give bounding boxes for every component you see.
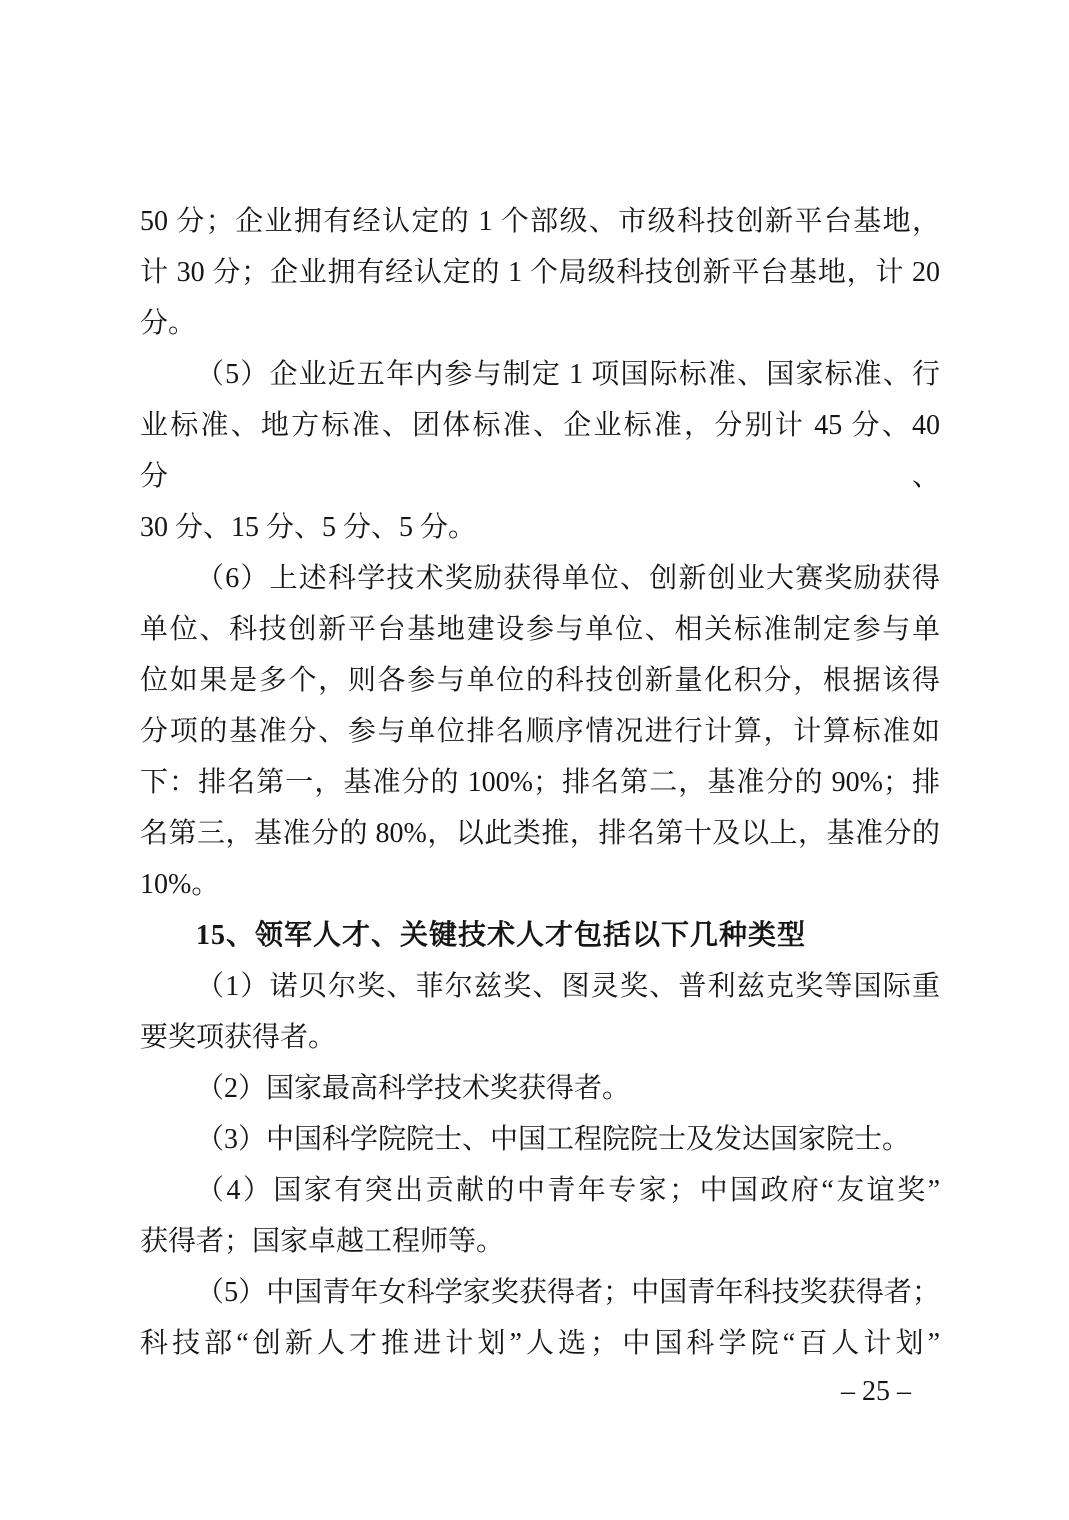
text-line: （2）国家最高科学技术奖获得者。 xyxy=(140,1063,940,1114)
text-line: （5）中国青年女科学家奖获得者；中国青年科技奖获得者； xyxy=(140,1267,940,1318)
text-line: 下：排名第一，基准分的 100%；排名第二，基准分的 90%；排 xyxy=(140,757,940,808)
heading-section-15-talent-types: 15、领军人才、关键技术人才包括以下几种类型 xyxy=(140,910,940,961)
document-page: 50 分；企业拥有经认定的 1 个部级、市级科技创新平台基地，计 30 分；企业… xyxy=(0,0,1069,1520)
paragraph-type-5-youth-awards: （5）中国青年女科学家奖获得者；中国青年科技奖获得者；科技部“创新人才推进计划”… xyxy=(140,1267,940,1369)
text-line: 业标准、地方标准、团体标准、企业标准，分别计 45 分、40 分、 xyxy=(140,400,940,502)
text-line: （5）企业近五年内参与制定 1 项国际标准、国家标准、行 xyxy=(140,349,940,400)
text-line: 位如果是多个，则各参与单位的科技创新量化积分，根据该得 xyxy=(140,655,940,706)
text-line: 计 30 分；企业拥有经认定的 1 个局级科技创新平台基地，计 20 xyxy=(140,247,940,298)
text-line: （1）诺贝尔奖、菲尔兹奖、图灵奖、普利兹克奖等国际重 xyxy=(140,961,940,1012)
text-line: 10%。 xyxy=(140,859,940,910)
paragraph-item-5-standards: （5）企业近五年内参与制定 1 项国际标准、国家标准、行业标准、地方标准、团体标… xyxy=(140,349,940,553)
paragraph-platform-scores: 50 分；企业拥有经认定的 1 个部级、市级科技创新平台基地，计 30 分；企业… xyxy=(140,196,940,349)
text-line: （3）中国科学院院士、中国工程院院士及发达国家院士。 xyxy=(140,1114,940,1165)
paragraph-item-6-ranking-rule: （6）上述科学技术奖励获得单位、创新创业大赛奖励获得单位、科技创新平台基地建设参… xyxy=(140,553,940,910)
text-line: 获得者；国家卓越工程师等。 xyxy=(140,1216,940,1267)
text-line: 分项的基准分、参与单位排名顺序情况进行计算，计算标准如 xyxy=(140,706,940,757)
text-line: （4）国家有突出贡献的中青年专家；中国政府“友谊奖” xyxy=(140,1165,940,1216)
text-line: 名第三，基准分的 80%，以此类推，排名第十及以上，基准分的 xyxy=(140,808,940,859)
document-body: 50 分；企业拥有经认定的 1 个部级、市级科技创新平台基地，计 30 分；企业… xyxy=(140,196,940,1369)
text-line: 科技部“创新人才推进计划”人选；中国科学院“百人计划” xyxy=(140,1318,940,1369)
text-line: 15、领军人才、关键技术人才包括以下几种类型 xyxy=(140,910,940,961)
text-line: 要奖项获得者。 xyxy=(140,1012,940,1063)
page-number: – 25 – xyxy=(841,1372,911,1412)
text-line: 30 分、15 分、5 分、5 分。 xyxy=(140,502,940,553)
text-line: 50 分；企业拥有经认定的 1 个部级、市级科技创新平台基地， xyxy=(140,196,940,247)
text-line: 分。 xyxy=(140,298,940,349)
text-line: （6）上述科学技术奖励获得单位、创新创业大赛奖励获得 xyxy=(140,553,940,604)
text-line: 单位、科技创新平台基地建设参与单位、相关标准制定参与单 xyxy=(140,604,940,655)
paragraph-type-4-experts: （4）国家有突出贡献的中青年专家；中国政府“友谊奖”获得者；国家卓越工程师等。 xyxy=(140,1165,940,1267)
paragraph-type-2-national-science-award: （2）国家最高科学技术奖获得者。 xyxy=(140,1063,940,1114)
paragraph-type-3-academicians: （3）中国科学院院士、中国工程院院士及发达国家院士。 xyxy=(140,1114,940,1165)
paragraph-type-1-international-awards: （1）诺贝尔奖、菲尔兹奖、图灵奖、普利兹克奖等国际重要奖项获得者。 xyxy=(140,961,940,1063)
